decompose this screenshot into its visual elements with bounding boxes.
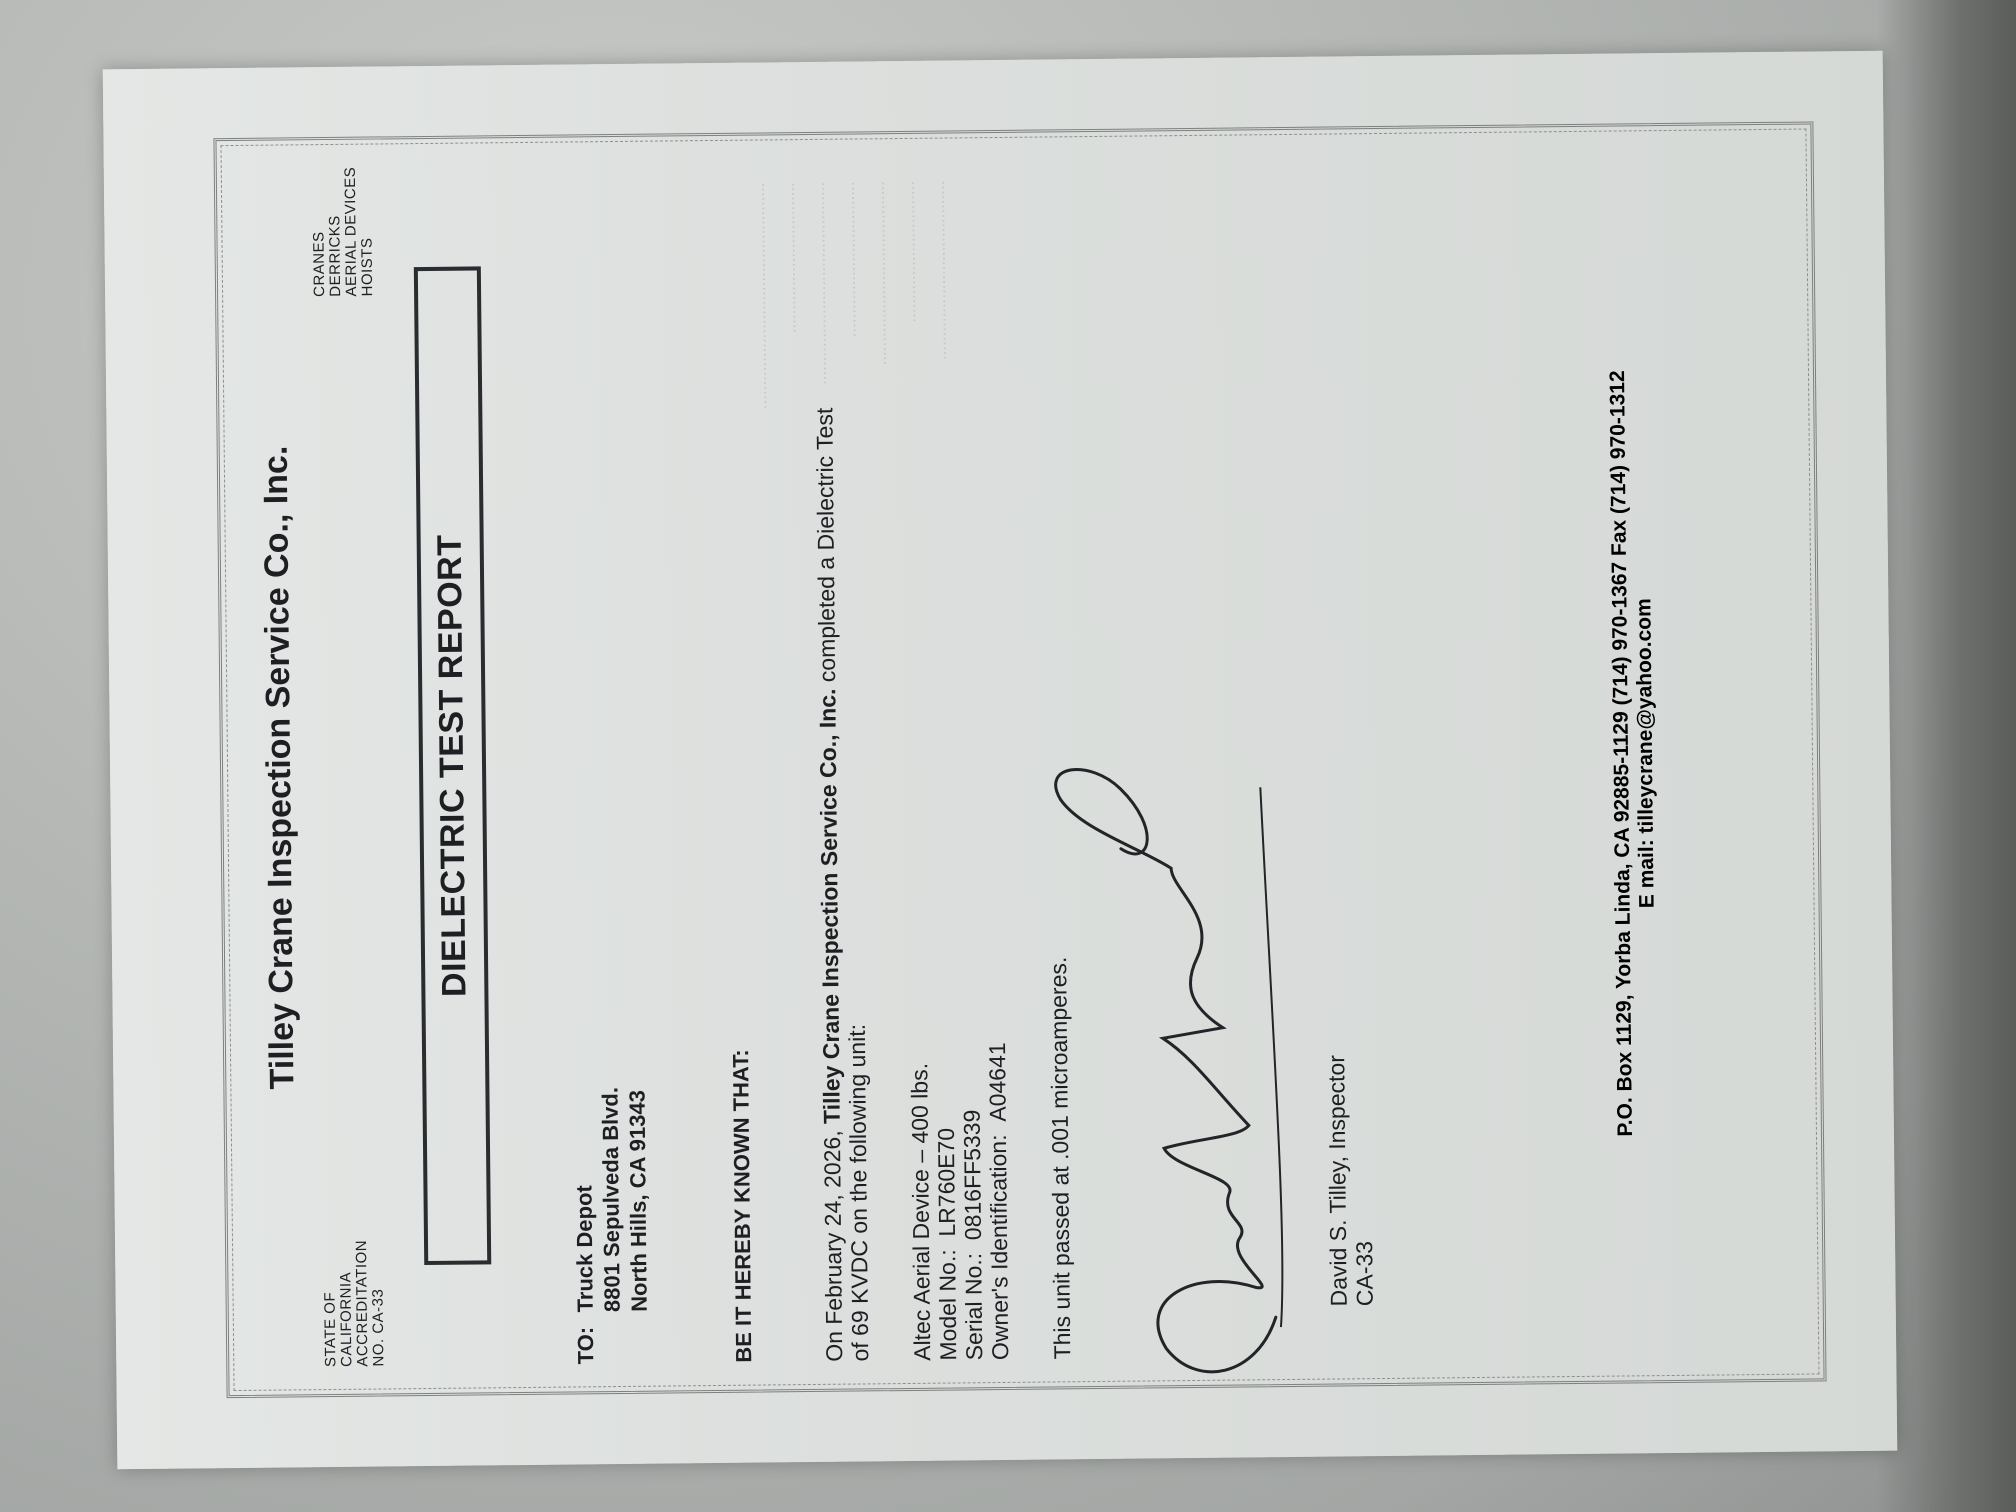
document-page: ........................................… (103, 51, 1898, 1470)
inspector-name: David S. Tilley, Inspector (1323, 1055, 1352, 1307)
document-content: Tilley Crane Inspection Service Co., Inc… (254, 156, 1397, 1368)
table-surface (1876, 0, 2016, 1512)
signature-icon (1020, 746, 1357, 1389)
recipient-block: TO: Truck Depot 8801 Sepulveda Blvd. Nor… (560, 164, 654, 1365)
to-label: TO: (572, 1312, 654, 1365)
signature-block: David S. Tilley, Inspector CA-33 (1154, 156, 1397, 1358)
report-title: DIELECTRIC TEST REPORT (414, 266, 491, 1265)
accreditation-block: STATE OF CALIFORNIA ACCREDITATION NO. CA… (322, 1240, 387, 1367)
letterhead-columns: STATE OF CALIFORNIA ACCREDITATION NO. CA… (311, 167, 388, 1368)
recipient-address: Truck Depot 8801 Sepulveda Blvd. North H… (569, 1087, 652, 1313)
unit-details: Altec Aerial Device – 400 lbs. Model No.… (897, 160, 1014, 1361)
test-statement: On February 24, 2026, Tilley Crane Inspe… (811, 401, 873, 1361)
inspector-info: David S. Tilley, Inspector CA-33 (1323, 1055, 1378, 1307)
company-name-inline: Tilley Crane Inspection Service Co., Inc… (814, 688, 845, 1124)
inspector-license: CA-33 (1349, 1055, 1378, 1307)
services-block: CRANES DERRICKS AERIAL DEVICES HOISTS (311, 167, 376, 297)
known-heading: BE IT HEREBY KNOWN THAT: (719, 163, 758, 1363)
